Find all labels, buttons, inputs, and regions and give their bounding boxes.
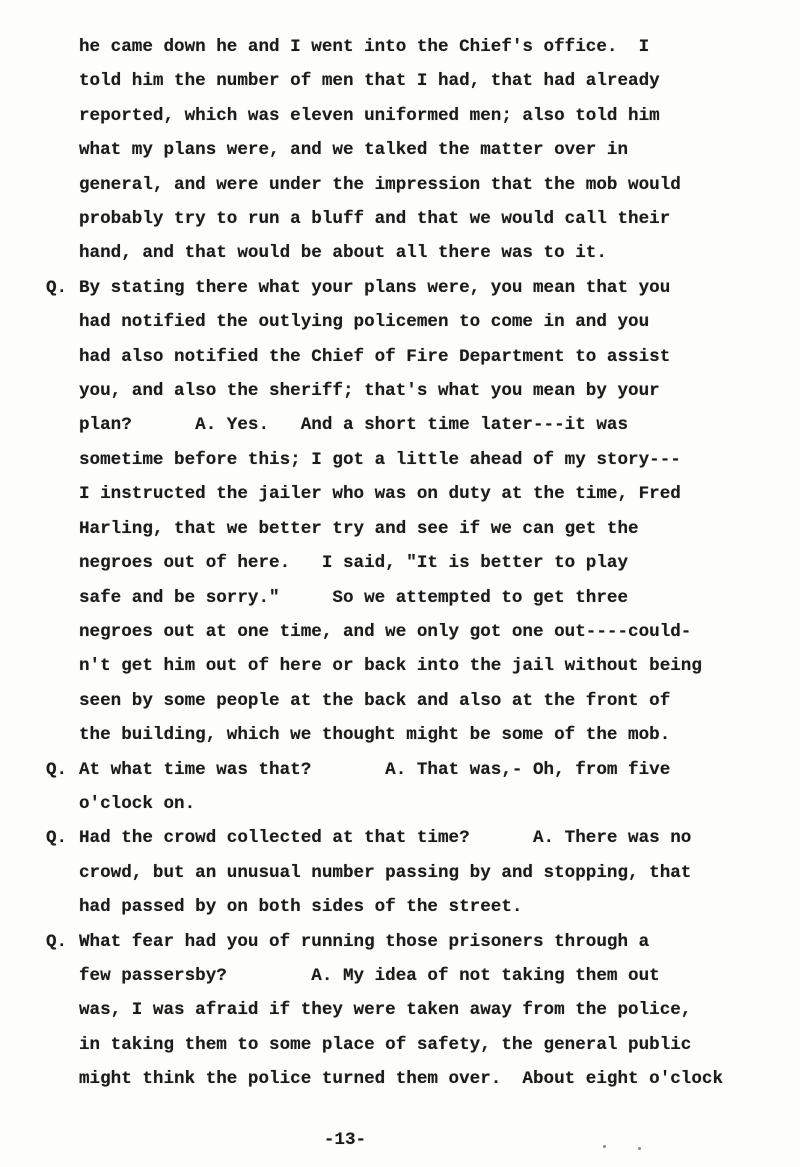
text-line: Q.At what time was that? A. That was,- O… <box>46 753 764 787</box>
text-line: Q.By stating there what your plans were,… <box>46 271 764 305</box>
text-line: told him the number of men that I had, t… <box>46 64 764 98</box>
line-text: At what time was that? A. That was,- Oh,… <box>79 753 764 787</box>
line-text: reported, which was eleven uniformed men… <box>79 99 764 133</box>
line-text: had notified the outlying policemen to c… <box>79 305 764 339</box>
text-line: n't get him out of here or back into the… <box>46 649 764 683</box>
text-line: sometime before this; I got a little ahe… <box>46 443 764 477</box>
text-line: plan? A. Yes. And a short time later---i… <box>46 408 764 442</box>
line-text: was, I was afraid if they were taken awa… <box>79 993 764 1027</box>
text-line: had also notified the Chief of Fire Depa… <box>46 340 764 374</box>
text-line: you, and also the sheriff; that's what y… <box>46 374 764 408</box>
text-line: reported, which was eleven uniformed men… <box>46 99 764 133</box>
line-text: hand, and that would be about all there … <box>79 236 764 270</box>
line-text: few passersby? A. My idea of not taking … <box>79 959 764 993</box>
line-text: Had the crowd collected at that time? A.… <box>79 821 764 855</box>
question-marker: Q. <box>46 821 79 855</box>
line-text: he came down he and I went into the Chie… <box>79 30 764 64</box>
page-number: -13- <box>0 1123 704 1157</box>
text-line: seen by some people at the back and also… <box>46 684 764 718</box>
line-text: probably try to run a bluff and that we … <box>79 202 764 236</box>
text-line: had notified the outlying policemen to c… <box>46 305 764 339</box>
text-line: Q.What fear had you of running those pri… <box>46 925 764 959</box>
text-line: the building, which we thought might be … <box>46 718 764 752</box>
line-text: had passed by on both sides of the stree… <box>79 890 764 924</box>
text-line: in taking them to some place of safety, … <box>46 1028 764 1062</box>
line-text: the building, which we thought might be … <box>79 718 764 752</box>
line-text: had also notified the Chief of Fire Depa… <box>79 340 764 374</box>
line-text: sometime before this; I got a little ahe… <box>79 443 764 477</box>
text-line: was, I was afraid if they were taken awa… <box>46 993 764 1027</box>
line-text: I instructed the jailer who was on duty … <box>79 477 764 511</box>
text-line: safe and be sorry." So we attempted to g… <box>46 581 764 615</box>
line-text: Harling, that we better try and see if w… <box>79 512 764 546</box>
text-line: Q.Had the crowd collected at that time? … <box>46 821 764 855</box>
text-line: had passed by on both sides of the stree… <box>46 890 764 924</box>
line-text: n't get him out of here or back into the… <box>79 649 764 683</box>
line-text: safe and be sorry." So we attempted to g… <box>79 581 764 615</box>
text-line: hand, and that would be about all there … <box>46 236 764 270</box>
scan-speck <box>638 1147 641 1150</box>
line-text: By stating there what your plans were, y… <box>79 271 764 305</box>
text-line: he came down he and I went into the Chie… <box>46 30 764 64</box>
line-text: might think the police turned them over.… <box>79 1062 764 1096</box>
line-text: negroes out of here. I said, "It is bett… <box>79 546 764 580</box>
text-line: I instructed the jailer who was on duty … <box>46 477 764 511</box>
question-marker: Q. <box>46 925 79 959</box>
line-text: told him the number of men that I had, t… <box>79 64 764 98</box>
text-line: might think the police turned them over.… <box>46 1062 764 1096</box>
text-line: o'clock on. <box>46 787 764 821</box>
question-marker: Q. <box>46 753 79 787</box>
line-text: o'clock on. <box>79 787 764 821</box>
line-text: plan? A. Yes. And a short time later---i… <box>79 408 764 442</box>
line-text: What fear had you of running those priso… <box>79 925 764 959</box>
scan-speck <box>603 1145 606 1148</box>
text-line: probably try to run a bluff and that we … <box>46 202 764 236</box>
text-line: general, and were under the impression t… <box>46 168 764 202</box>
line-text: what my plans were, and we talked the ma… <box>79 133 764 167</box>
line-text: crowd, but an unusual number passing by … <box>79 856 764 890</box>
text-line: negroes out at one time, and we only got… <box>46 615 764 649</box>
text-line: Harling, that we better try and see if w… <box>46 512 764 546</box>
line-text: you, and also the sheriff; that's what y… <box>79 374 764 408</box>
text-line: few passersby? A. My idea of not taking … <box>46 959 764 993</box>
line-text: general, and were under the impression t… <box>79 168 764 202</box>
question-marker: Q. <box>46 271 79 305</box>
document-page: he came down he and I went into the Chie… <box>0 0 800 1167</box>
text-line: crowd, but an unusual number passing by … <box>46 856 764 890</box>
line-text: negroes out at one time, and we only got… <box>79 615 764 649</box>
text-line: negroes out of here. I said, "It is bett… <box>46 546 764 580</box>
text-line: what my plans were, and we talked the ma… <box>46 133 764 167</box>
line-text: in taking them to some place of safety, … <box>79 1028 764 1062</box>
line-text: seen by some people at the back and also… <box>79 684 764 718</box>
